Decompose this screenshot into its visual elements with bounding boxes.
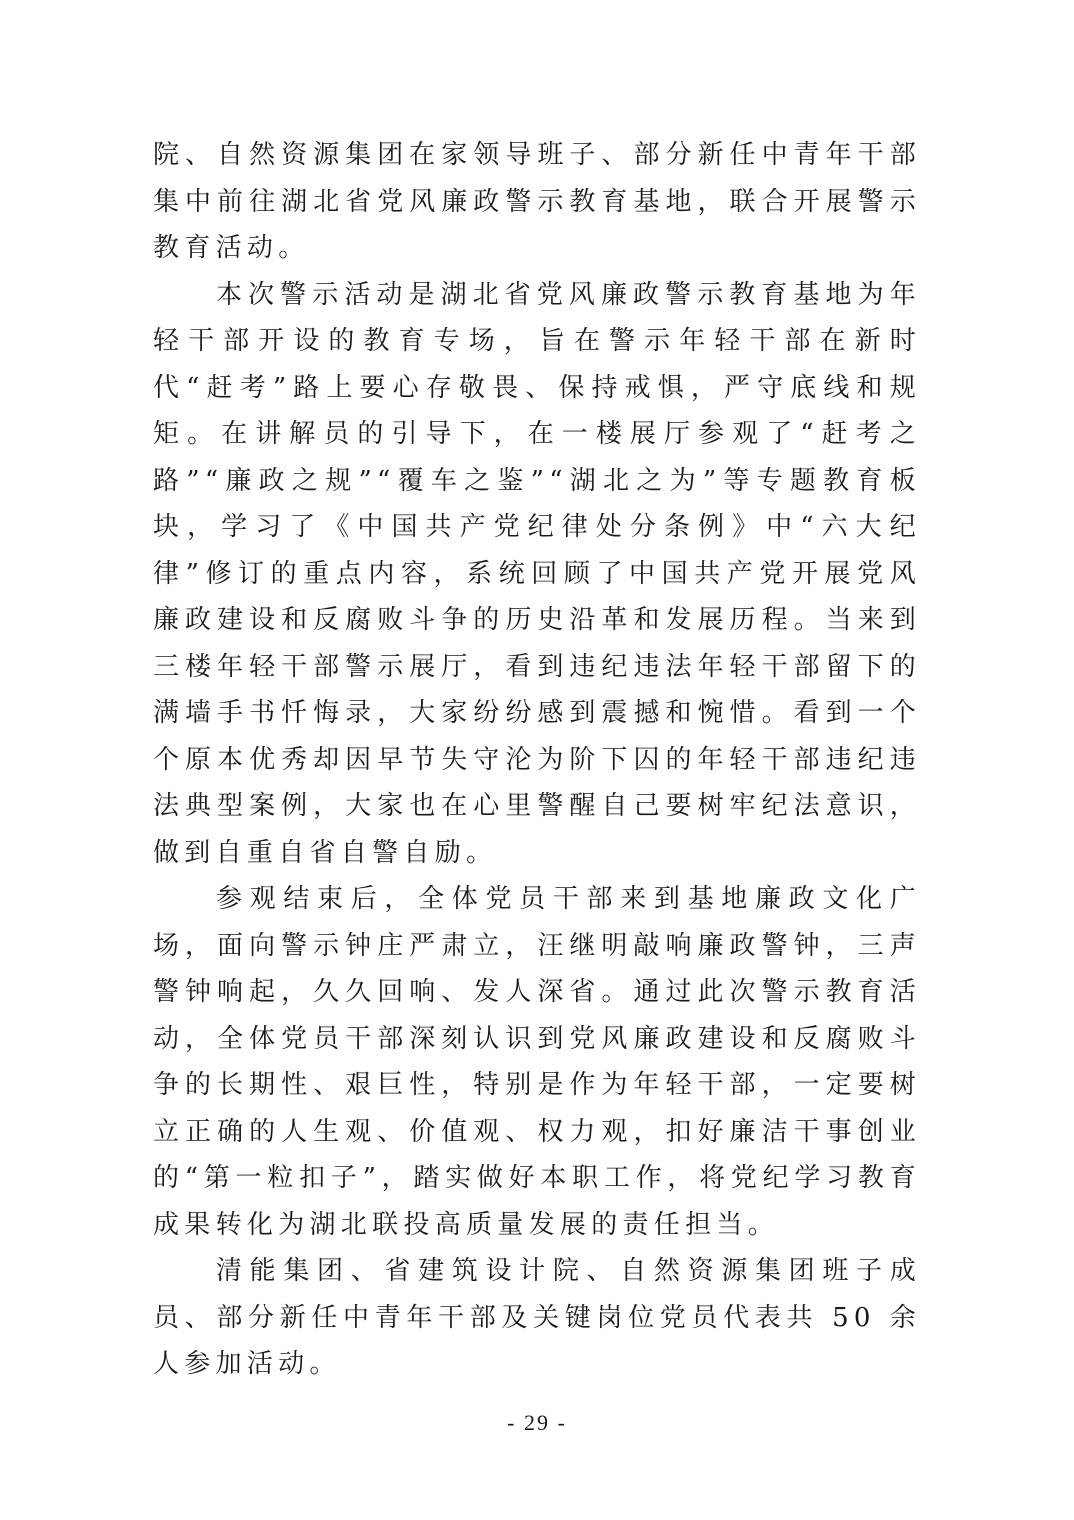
paragraph-continuation: 院、自然资源集团在家领导班子、部分新任中青年干部集中前往湖北省党风廉政警示教育基… xyxy=(153,132,921,272)
page-number: - 29 - xyxy=(0,1410,1074,1436)
paragraph-participants: 清能集团、省建筑设计院、自然资源集团班子成员、部分新任中青年干部及关键岗位党员代… xyxy=(153,1248,921,1388)
paragraph-warning-activity: 本次警示活动是湖北省党风廉政警示教育基地为年轻干部开设的教育专场，旨在警示年轻干… xyxy=(153,272,921,877)
document-body: 院、自然资源集团在家领导班子、部分新任中青年干部集中前往湖北省党风廉政警示教育基… xyxy=(153,132,921,1388)
paragraph-after-visit: 参观结束后，全体党员干部来到基地廉政文化广场，面向警示钟庄严肃立，汪继明敲响廉政… xyxy=(153,876,921,1248)
